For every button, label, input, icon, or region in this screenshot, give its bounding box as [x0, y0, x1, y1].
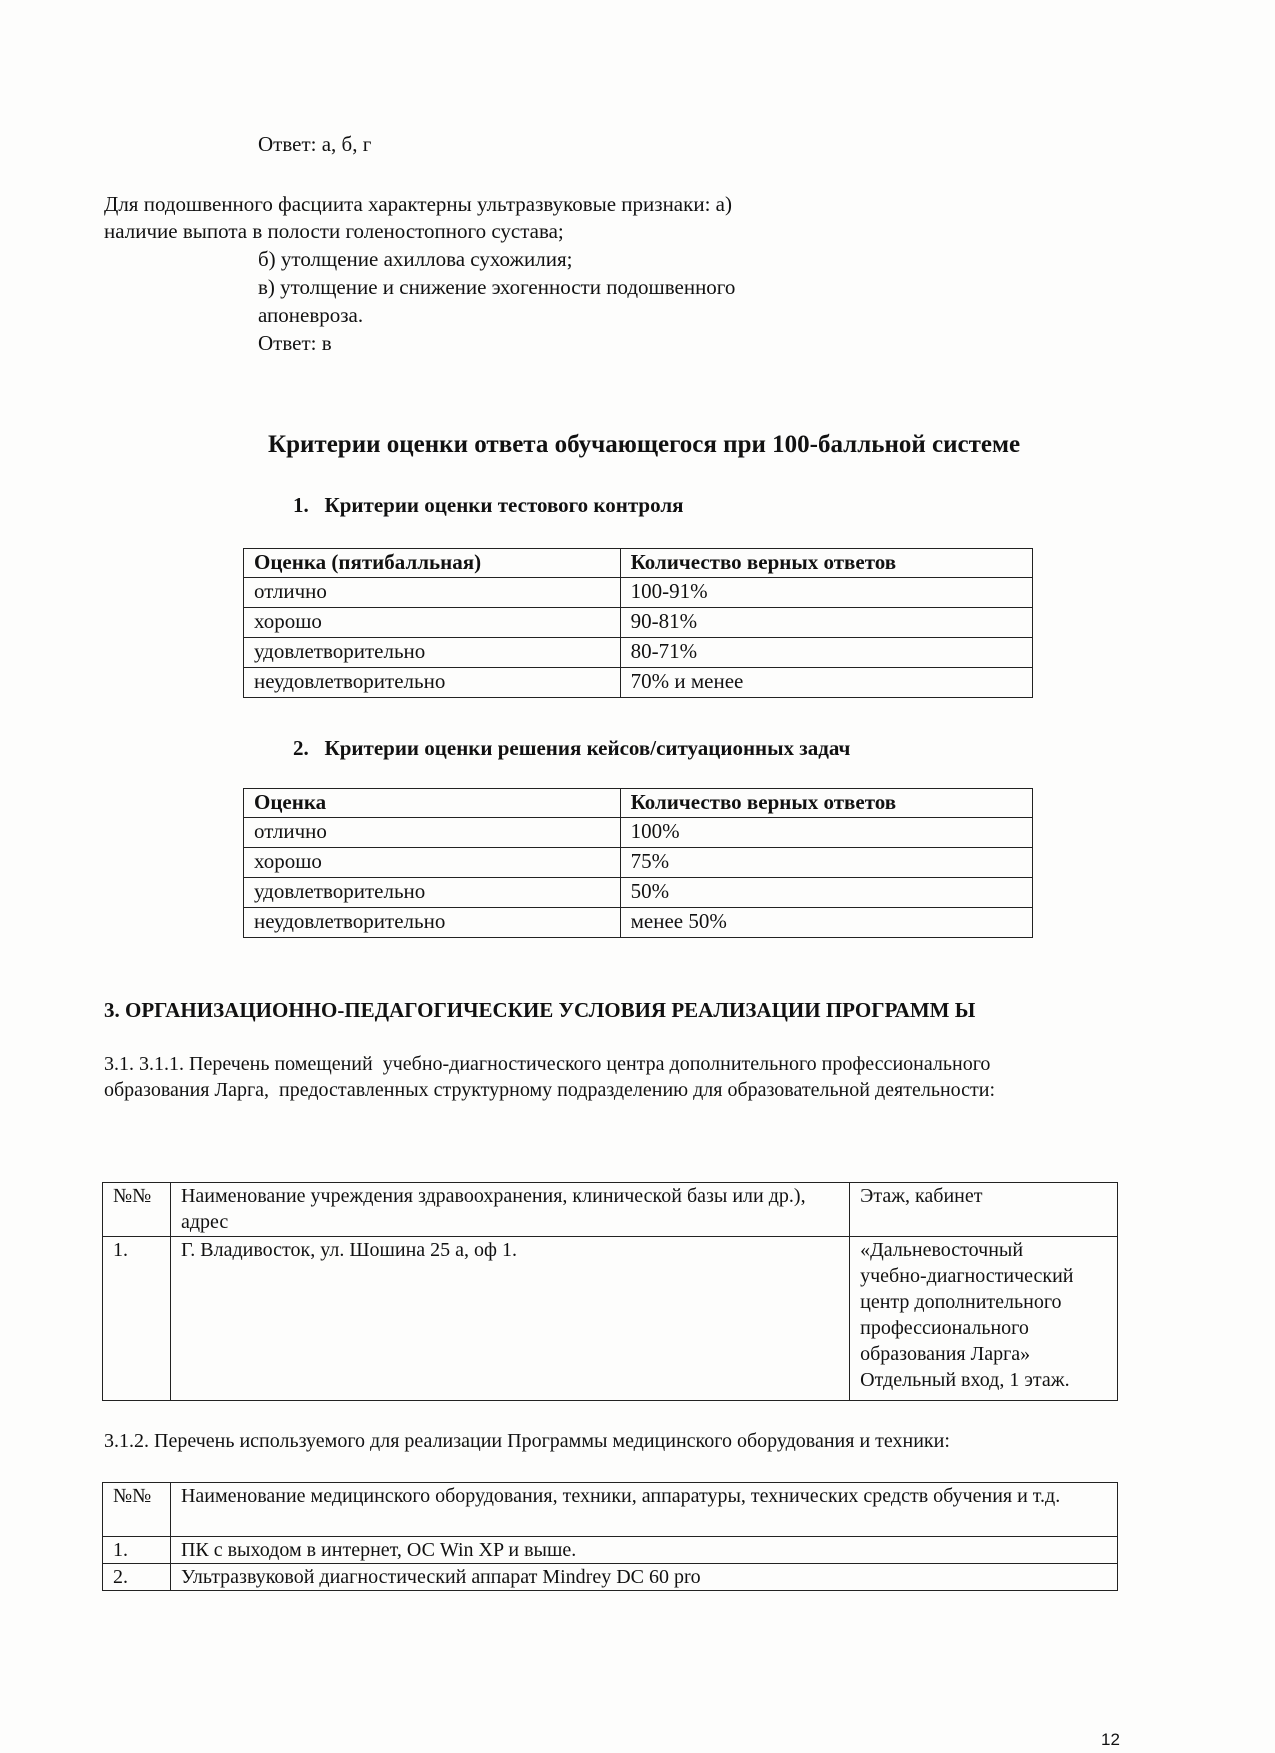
equipment-table: №№ Наименование медицинского оборудовани… — [102, 1482, 1118, 1591]
table-row: хорошо 90-81% — [244, 608, 1033, 638]
para-311-line2: образования Ларга, предоставленных струк… — [104, 1077, 995, 1103]
test-control-heading: 1. Критерии оценки тестового контроля — [293, 492, 683, 519]
option-b: б) утолщение ахиллова сухожилия; — [258, 246, 572, 273]
grade-cell: хорошо — [244, 848, 621, 878]
table-row: отлично 100-91% — [244, 578, 1033, 608]
grade-cell: удовлетворительно — [244, 638, 621, 668]
grade-cell: хорошо — [244, 608, 621, 638]
floor-line: учебно-диагностический — [860, 1263, 1107, 1289]
table-row: неудовлетворительно 70% и менее — [244, 668, 1033, 698]
table-header-row: Оценка (пятибалльная) Количество верных … — [244, 549, 1033, 578]
cases-table: Оценка Количество верных ответов отлично… — [243, 788, 1033, 938]
header-cell: Количество верных ответов — [620, 789, 1032, 818]
grade-cell: неудовлетворительно — [244, 908, 621, 938]
table-row: 1. ПК с выходом в интернет, ОС Win XP и … — [103, 1537, 1118, 1564]
row-number: 1. — [103, 1237, 171, 1401]
floor-cell: «Дальневосточный учебно-диагностический … — [850, 1237, 1118, 1401]
table-header-row: Оценка Количество верных ответов — [244, 789, 1033, 818]
table-row: отлично 100% — [244, 818, 1033, 848]
test-control-table: Оценка (пятибалльная) Количество верных … — [243, 548, 1033, 698]
row-number: 1. — [103, 1537, 171, 1564]
equipment-name: Ультразвуковой диагностический аппарат M… — [170, 1564, 1117, 1591]
table-row: удовлетворительно 80-71% — [244, 638, 1033, 668]
header-cell-name: Наименование учреждения здравоохранения,… — [170, 1183, 849, 1237]
option-v-line2: апоневроза. — [258, 302, 363, 329]
table-row: неудовлетворительно менее 50% — [244, 908, 1033, 938]
premises-table: №№ Наименование учреждения здравоохранен… — [102, 1182, 1118, 1401]
percent-cell: 80-71% — [620, 638, 1032, 668]
floor-line: «Дальневосточный — [860, 1237, 1107, 1263]
grade-cell: удовлетворительно — [244, 878, 621, 908]
percent-cell: 100-91% — [620, 578, 1032, 608]
previous-answer: Ответ: а, б, г — [258, 131, 371, 158]
table-header-row: №№ Наименование медицинского оборудовани… — [103, 1483, 1118, 1537]
equipment-name: ПК с выходом в интернет, ОС Win XP и выш… — [170, 1537, 1117, 1564]
row-number: 2. — [103, 1564, 171, 1591]
header-cell: Количество верных ответов — [620, 549, 1032, 578]
floor-line: образования Ларга» — [860, 1341, 1107, 1367]
address-cell: Г. Владивосток, ул. Шошина 25 а, оф 1. — [170, 1237, 849, 1401]
table-row: хорошо 75% — [244, 848, 1033, 878]
header-cell-num: №№ — [103, 1483, 171, 1537]
criteria-title: Критерии оценки ответа обучающегося при … — [268, 429, 1020, 461]
percent-cell: 75% — [620, 848, 1032, 878]
option-v-line1: в) утолщение и снижение эхогенности подо… — [258, 274, 735, 301]
header-cell-name: Наименование медицинского оборудования, … — [170, 1483, 1117, 1537]
header-cell-num: №№ — [103, 1183, 171, 1237]
para-311-line1: 3.1. 3.1.1. Перечень помещений учебно-ди… — [104, 1051, 990, 1077]
table-row: удовлетворительно 50% — [244, 878, 1033, 908]
percent-cell: 90-81% — [620, 608, 1032, 638]
percent-cell: 100% — [620, 818, 1032, 848]
table-header-row: №№ Наименование учреждения здравоохранен… — [103, 1183, 1118, 1237]
grade-cell: отлично — [244, 578, 621, 608]
percent-cell: 70% и менее — [620, 668, 1032, 698]
grade-cell: неудовлетворительно — [244, 668, 621, 698]
table-row: 1. Г. Владивосток, ул. Шошина 25 а, оф 1… — [103, 1237, 1118, 1401]
question-text-line2: наличие выпота в полости голеностопного … — [104, 218, 564, 245]
para-312: 3.1.2. Перечень используемого для реализ… — [104, 1428, 950, 1454]
header-cell: Оценка — [244, 789, 621, 818]
header-cell-floor: Этаж, кабинет — [850, 1183, 1118, 1237]
page-number: 12 — [1101, 1730, 1120, 1750]
section3-title: 3. ОРГАНИЗАЦИОННО-ПЕДАГОГИЧЕСКИЕ УСЛОВИЯ… — [104, 997, 975, 1024]
floor-line: профессионального — [860, 1315, 1107, 1341]
grade-cell: отлично — [244, 818, 621, 848]
answer: Ответ: в — [258, 330, 332, 357]
floor-line: центр дополнительного — [860, 1289, 1107, 1315]
cases-heading: 2. Критерии оценки решения кейсов/ситуац… — [293, 735, 850, 762]
table-row: 2. Ультразвуковой диагностический аппара… — [103, 1564, 1118, 1591]
header-cell: Оценка (пятибалльная) — [244, 549, 621, 578]
percent-cell: менее 50% — [620, 908, 1032, 938]
percent-cell: 50% — [620, 878, 1032, 908]
question-text-line1: Для подошвенного фасциита характерны уль… — [104, 191, 732, 218]
document-page: { "question_block": { "previous_answer":… — [0, 0, 1275, 1753]
floor-line: Отдельный вход, 1 этаж. — [860, 1367, 1107, 1393]
